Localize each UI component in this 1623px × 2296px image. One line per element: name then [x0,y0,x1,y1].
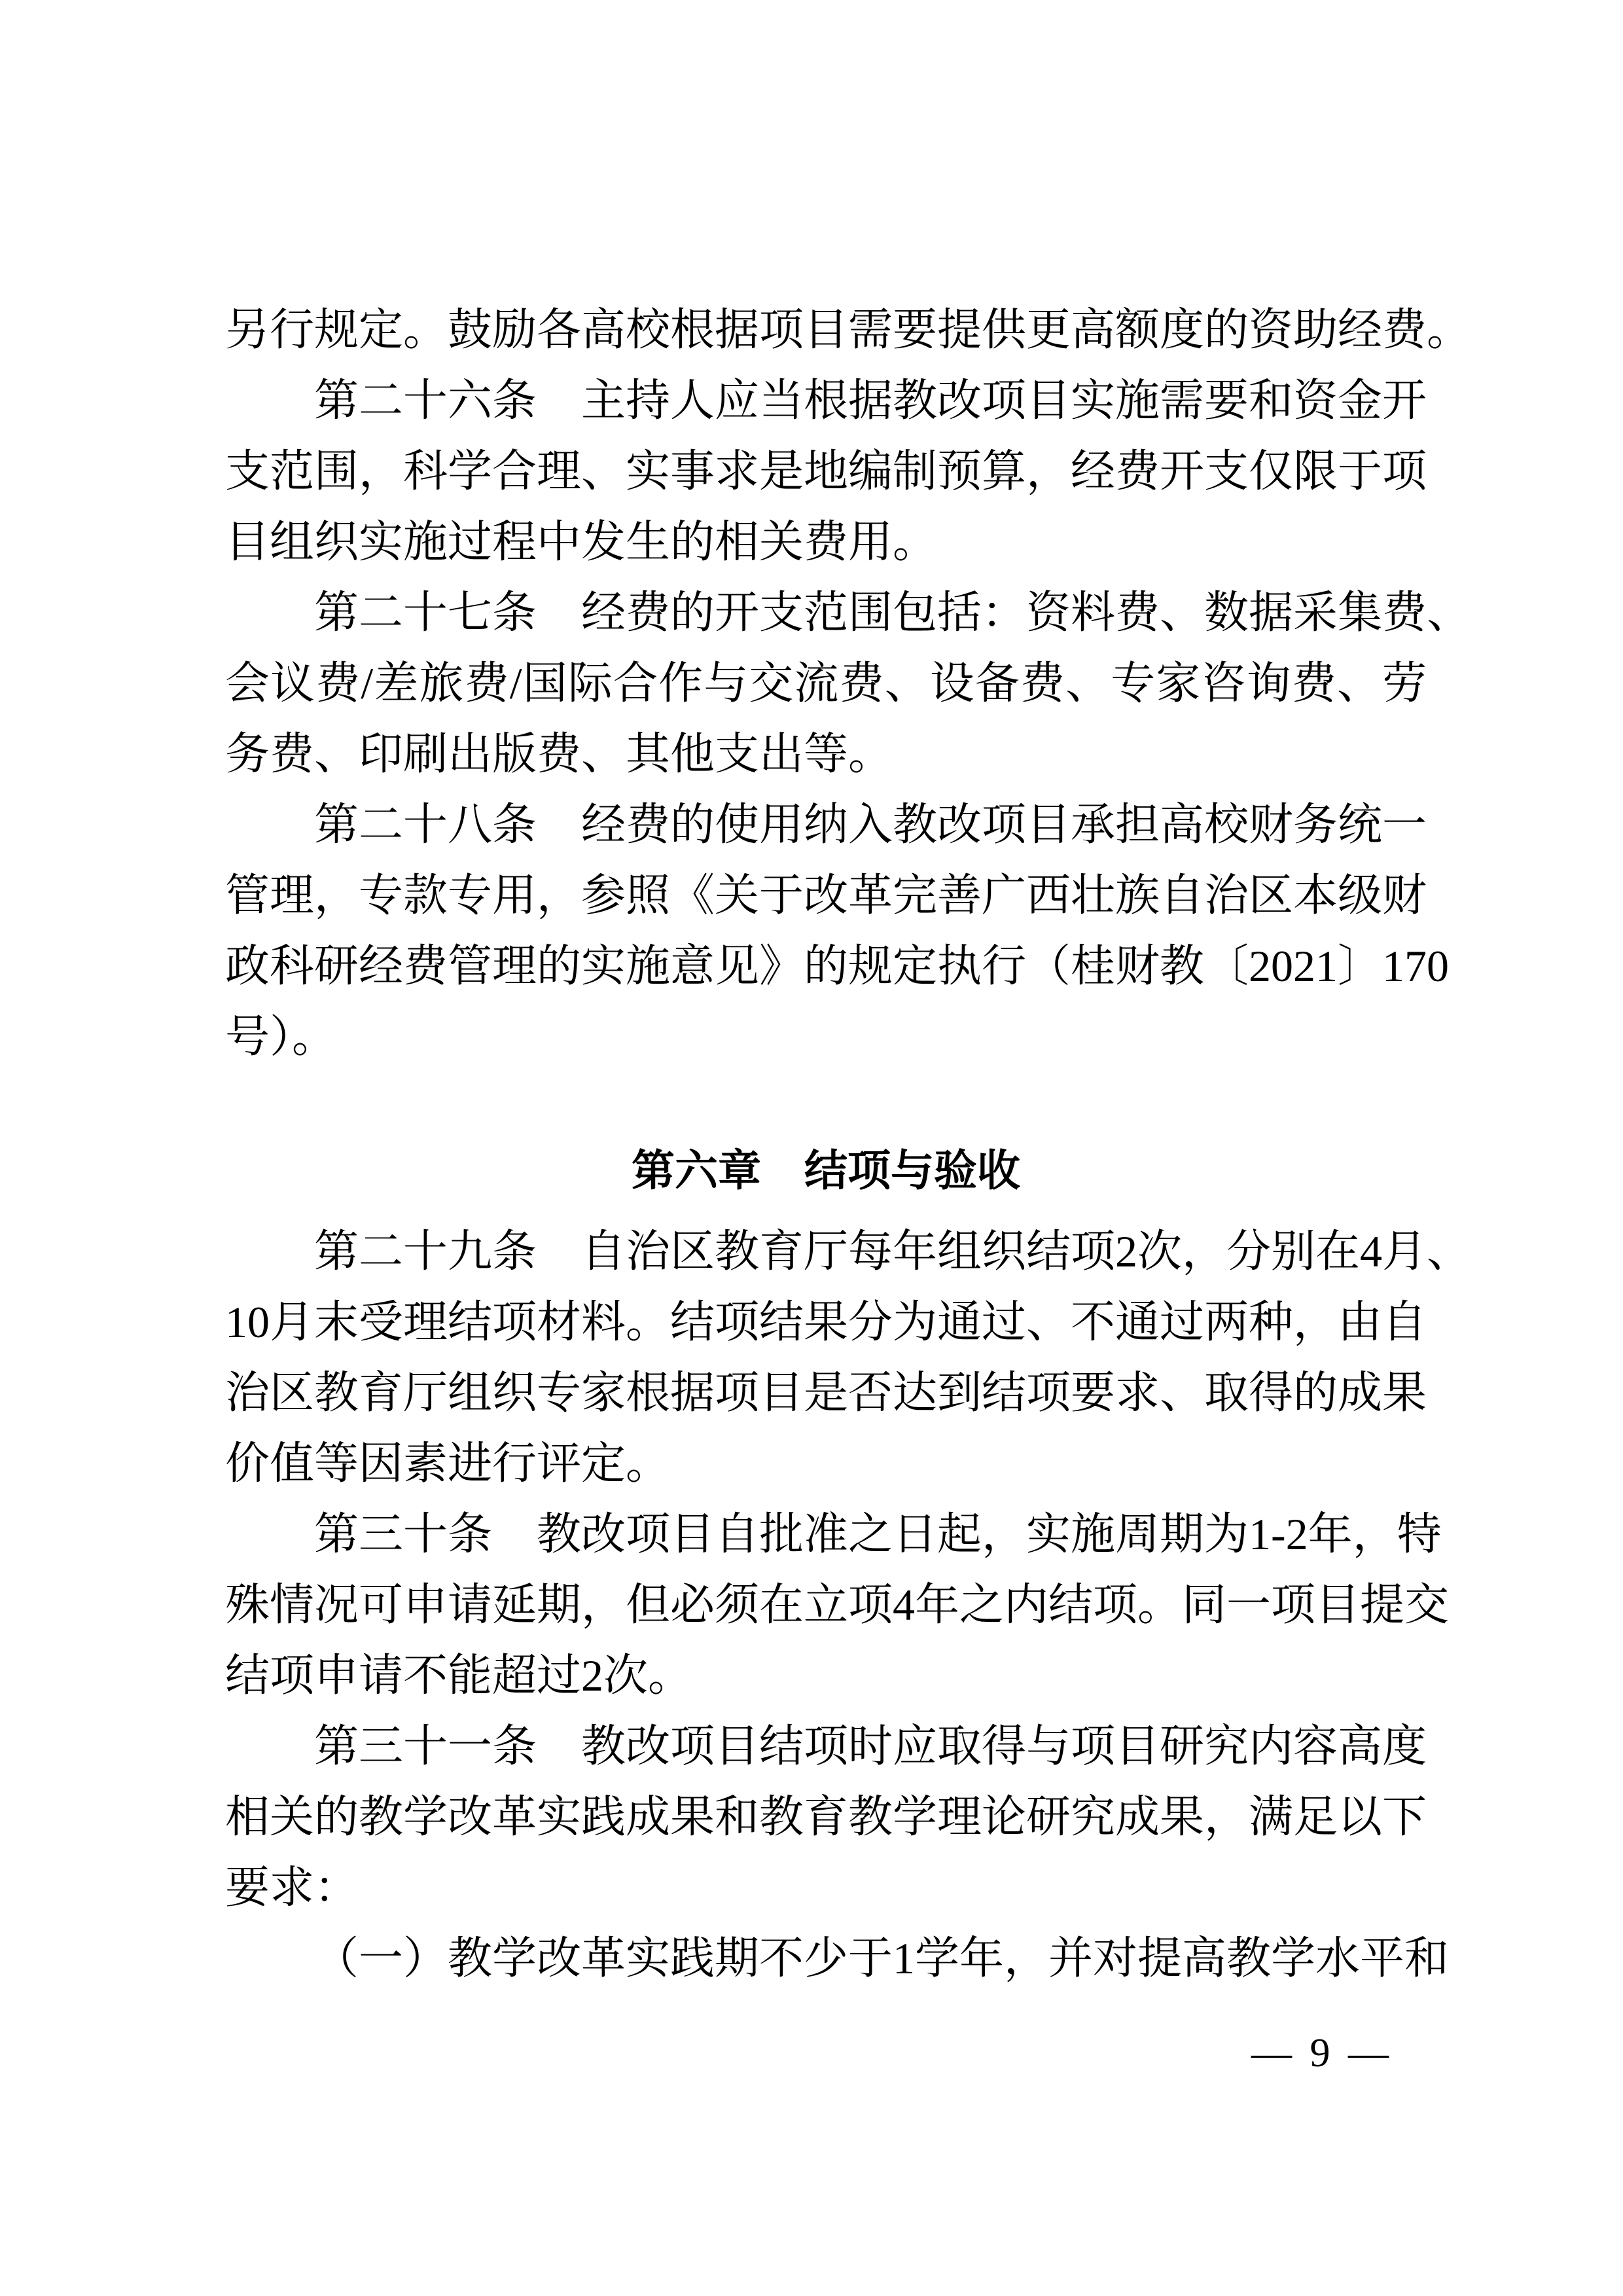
paragraph-first-line: 第三十条 教改项目自批准之日起，实施周期为1-2年，特 [225,1499,1427,1570]
paragraph-first-line: 第二十九条 自治区教育厅每年组织结项2次，分别在4月、 [225,1216,1427,1287]
text-line: 会议费/差旅费/国际合作与交流费、设备费、专家咨询费、劳 [225,648,1427,719]
text-line: 政科研经费管理的实施意见》的规定执行（桂财教〔2021〕170 [225,931,1427,1001]
paragraph-first-line: 第二十六条 主持人应当根据教改项目实施需要和资金开 [225,365,1427,436]
paragraph-first-line: （一）教学改革实践期不少于1学年，并对提高教学水平和 [225,1923,1427,1994]
paragraph-first-line: 第二十八条 经费的使用纳入教改项目承担高校财务统一 [225,789,1427,860]
text-line: 殊情况可申请延期，但必须在立项4年之内结项。同一项目提交 [225,1570,1427,1640]
text-line: 支范围，科学合理、实事求是地编制预算，经费开支仅限于项 [225,436,1427,507]
paragraph-first-line: 第三十一条 教改项目结项时应取得与项目研究内容高度 [225,1711,1427,1782]
page: 另行规定。鼓励各高校根据项目需要提供更高额度的资助经费。第二十六条 主持人应当根… [0,0,1623,2296]
page-number: — 9 — [1251,2026,1393,2080]
text-line: 治区教育厅组织专家根据项目是否达到结项要求、取得的成果 [225,1357,1427,1428]
text-line: 目组织实施过程中发生的相关费用。 [225,507,1427,577]
text-line: 10月末受理结项材料。结项结果分为通过、不通过两种，由自 [225,1287,1427,1357]
text-line: 号）。 [225,1001,1427,1072]
text-line: 管理，专款专用，参照《关于改革完善广西壮族自治区本级财 [225,860,1427,931]
text-line: 相关的教学改革实践成果和教育教学理论研究成果，满足以下 [225,1782,1427,1852]
document-body: 另行规定。鼓励各高校根据项目需要提供更高额度的资助经费。第二十六条 主持人应当根… [225,295,1427,1994]
chapter-heading: 第六章 结项与验收 [225,1135,1427,1206]
text-line: 价值等因素进行评定。 [225,1428,1427,1499]
paragraph-first-line: 第二十七条 经费的开支范围包括：资料费、数据采集费、 [225,577,1427,648]
text-line: 要求： [225,1852,1427,1923]
text-line: 另行规定。鼓励各高校根据项目需要提供更高额度的资助经费。 [225,295,1427,365]
text-line: 务费、印刷出版费、其他支出等。 [225,719,1427,789]
text-line: 结项申请不能超过2次。 [225,1640,1427,1711]
